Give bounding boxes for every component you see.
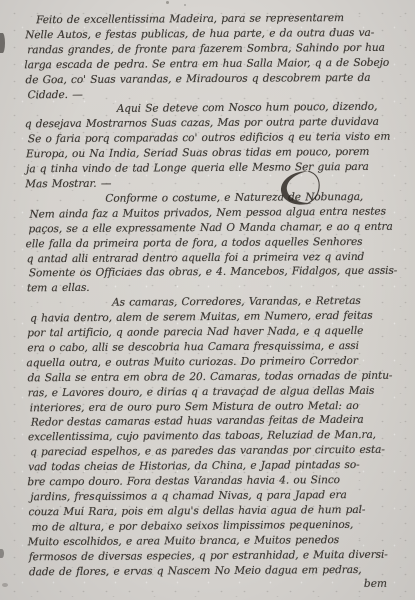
catchword: bem: [29, 577, 415, 594]
manuscript-page: Feito de excellentissima Madeira, para s…: [0, 0, 415, 600]
manuscript-text-block: Feito de excellentissima Madeira, para s…: [0, 0, 415, 594]
